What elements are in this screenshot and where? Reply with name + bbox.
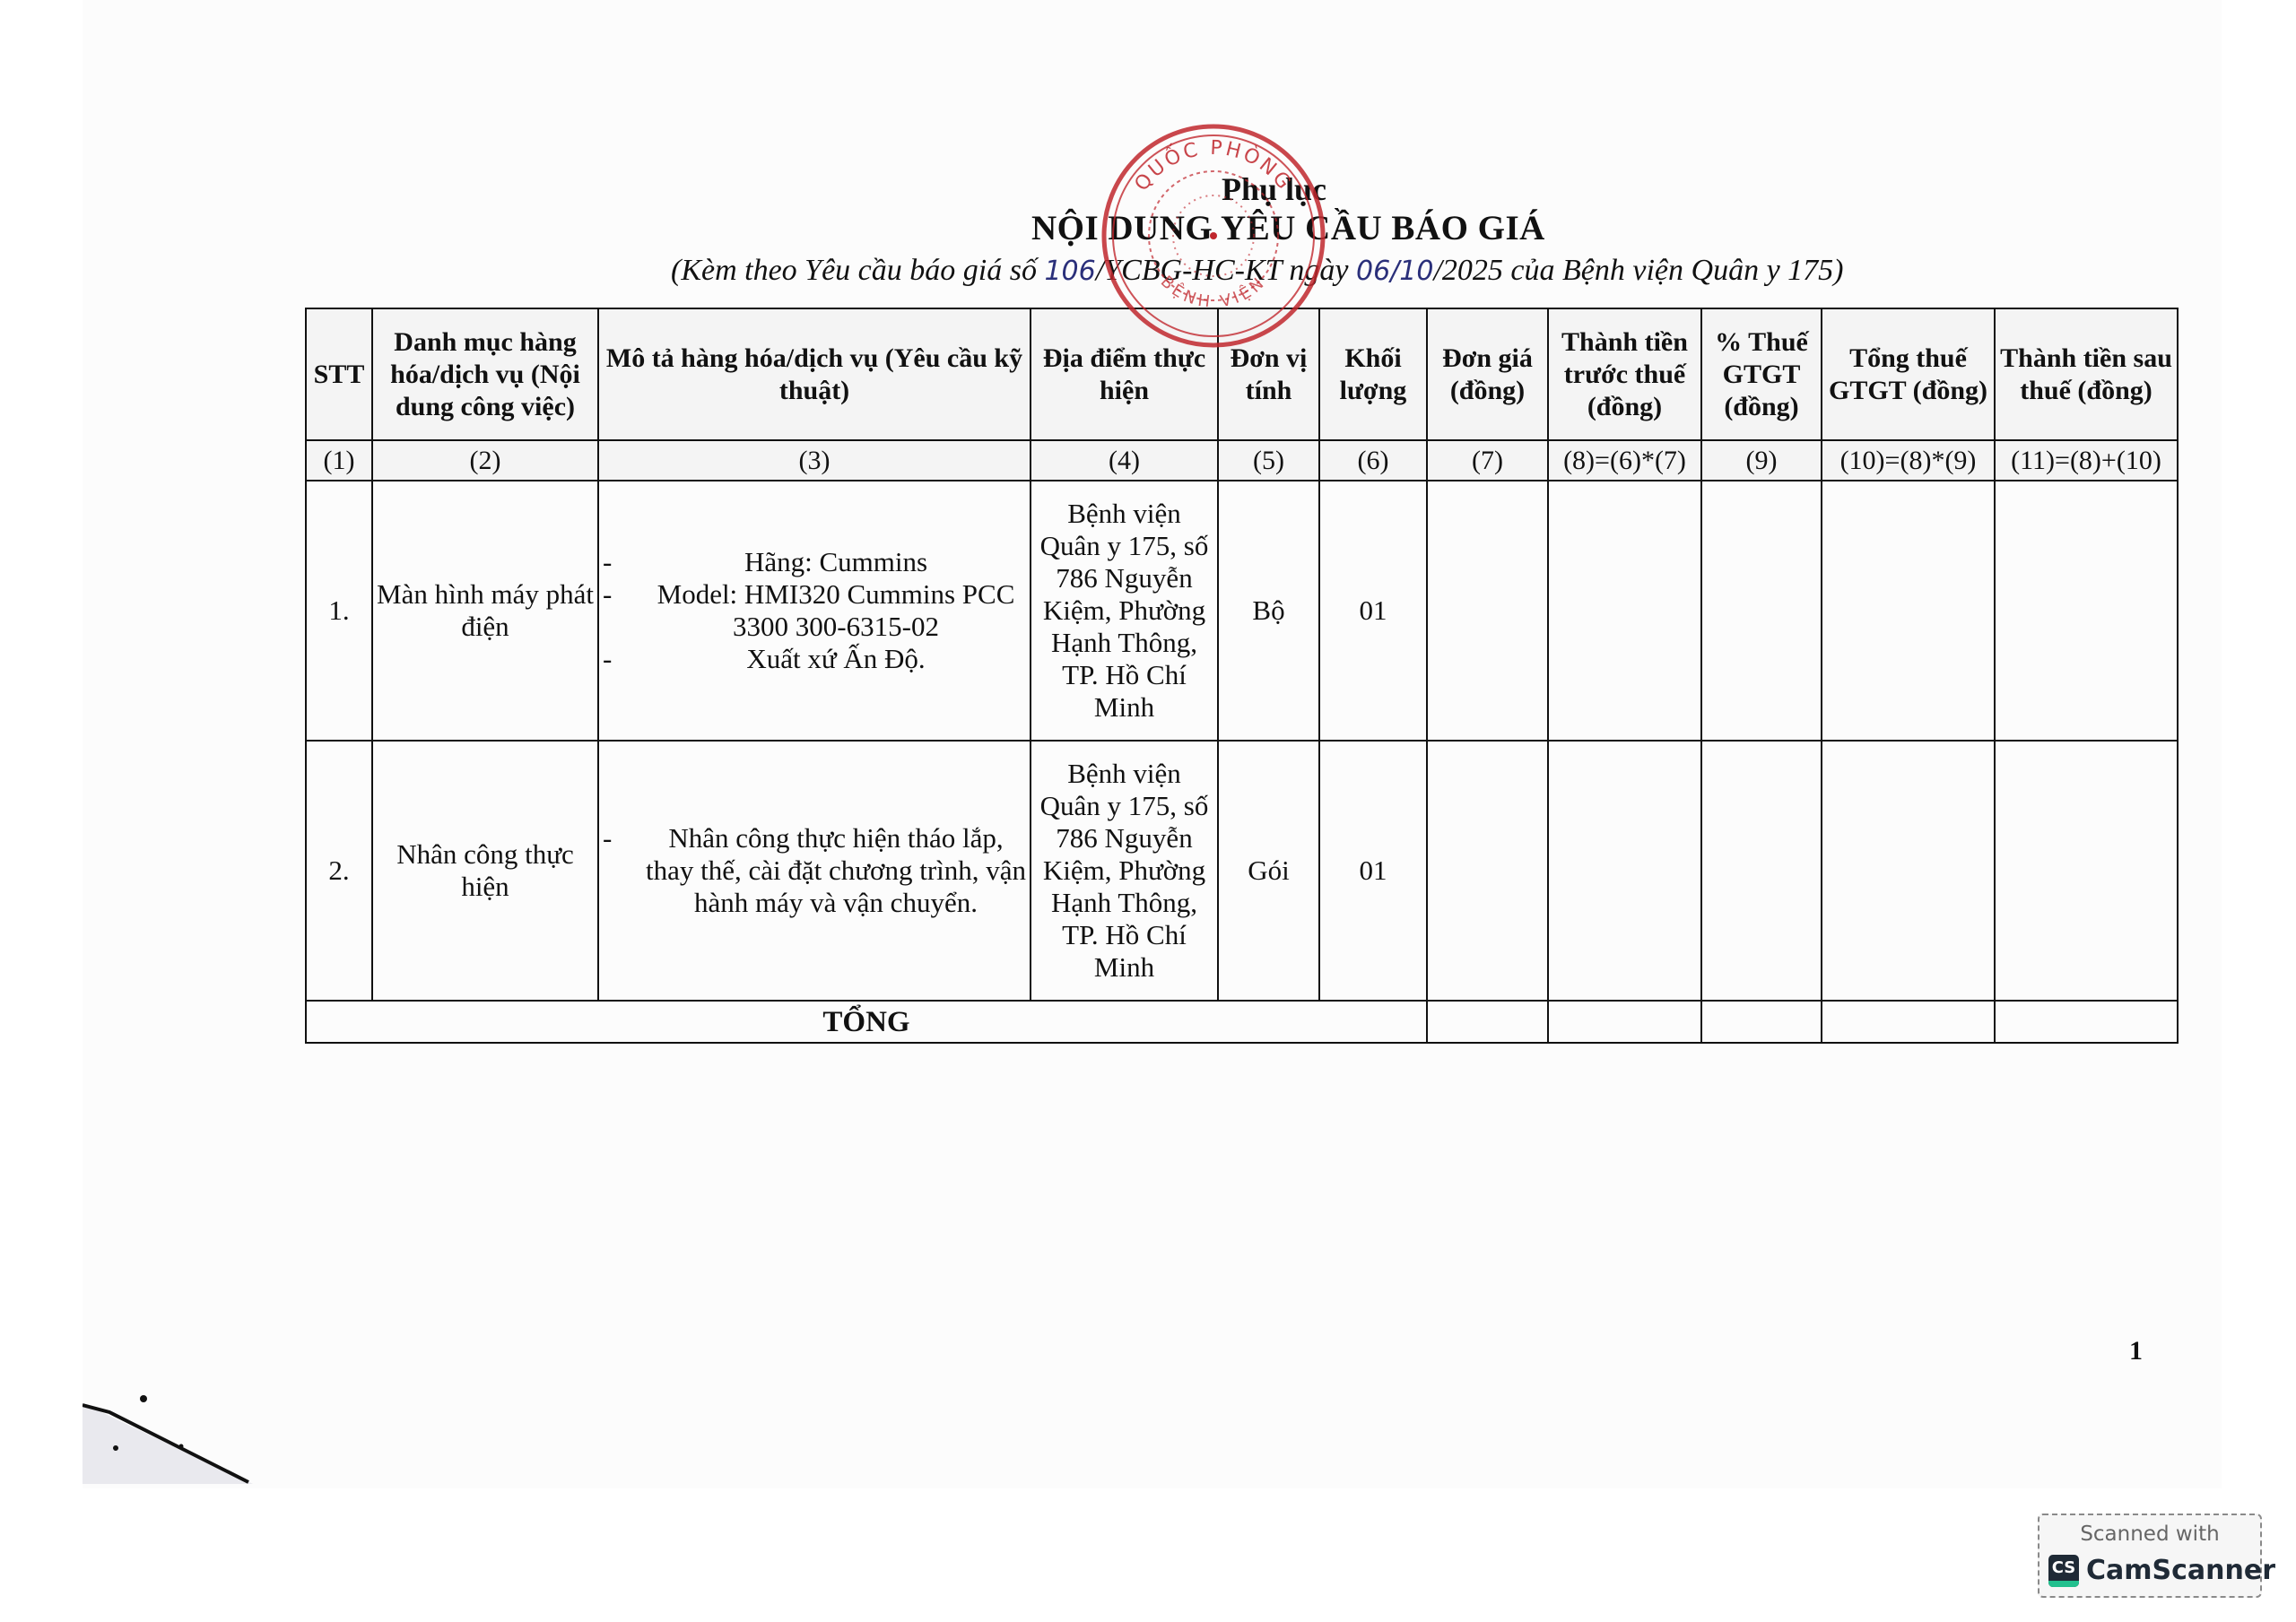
table-row: 1. Màn hình máy phát điện Hãng: Cummins …: [306, 481, 2178, 741]
total-label: TỔNG: [306, 1001, 1427, 1043]
col-number: (11)=(8)+(10): [1995, 440, 2178, 481]
col-header-quantity: Khối lượng: [1319, 308, 1427, 440]
request-number: 106: [1044, 256, 1095, 287]
quotation-table: STT Danh mục hàng hóa/dịch vụ (Nội dung …: [305, 308, 2179, 1044]
row-unit: Gói: [1218, 741, 1319, 1001]
row-item: Nhân công thực hiện: [372, 741, 598, 1001]
col-number: (9): [1701, 440, 1822, 481]
scan-edge-artifact: [83, 1376, 316, 1484]
col-header-unit: Đơn vị tính: [1218, 308, 1319, 440]
col-header-description: Mô tả hàng hóa/dịch vụ (Yêu cầu kỹ thuật…: [598, 308, 1031, 440]
document-subtitle: (Kèm theo Yêu cầu báo giá số 106/YCBG-HC…: [671, 254, 1843, 288]
row-vat-total: [1822, 481, 1995, 741]
row-description: Nhân công thực hiện tháo lắp, thay thế, …: [598, 741, 1031, 1001]
camscanner-watermark: Scanned with CS CamScanner: [2038, 1514, 2262, 1598]
col-number: (6): [1319, 440, 1427, 481]
total-unit-price: [1427, 1001, 1548, 1043]
col-number: (1): [306, 440, 372, 481]
table-row: 2. Nhân công thực hiện Nhân công thực hi…: [306, 741, 2178, 1001]
row-unit-price: [1427, 741, 1548, 1001]
row-unit-price: [1427, 481, 1548, 741]
col-header-unit-price: Đơn giá (đồng): [1427, 308, 1548, 440]
col-header-stt: STT: [306, 308, 372, 440]
header-row: STT Danh mục hàng hóa/dịch vụ (Nội dung …: [306, 308, 2178, 440]
row-pre-tax: [1548, 741, 1701, 1001]
description-line: Model: HMI320 Cummins PCC 3300 300-6315-…: [603, 578, 1026, 643]
row-quantity: 01: [1319, 481, 1427, 741]
row-unit: Bộ: [1218, 481, 1319, 741]
subtitle-prefix: (Kèm theo Yêu cầu báo giá số: [671, 254, 1044, 287]
page-number: 1: [2129, 1336, 2143, 1366]
col-number: (2): [372, 440, 598, 481]
row-description: Hãng: Cummins Model: HMI320 Cummins PCC …: [598, 481, 1031, 741]
col-header-vat-percent: % Thuế GTGT (đồng): [1701, 308, 1822, 440]
row-vat-percent: [1701, 741, 1822, 1001]
total-pre-tax: [1548, 1001, 1701, 1043]
subtitle-suffix: /2025 của Bệnh viện Quân y 175): [1433, 254, 1843, 287]
col-header-location: Địa điểm thực hiện: [1031, 308, 1218, 440]
row-location: Bệnh viện Quân y 175, số 786 Nguyễn Kiệm…: [1031, 481, 1218, 741]
col-number: (8)=(6)*(7): [1548, 440, 1701, 481]
col-number: (4): [1031, 440, 1218, 481]
row-vat-total: [1822, 741, 1995, 1001]
request-code: /YCBG-HC-KT ngày: [1096, 254, 1356, 287]
row-stt: 1.: [306, 481, 372, 741]
total-row: TỔNG: [306, 1001, 2178, 1043]
appendix-label: Phụ lục: [1222, 170, 1326, 208]
row-vat-percent: [1701, 481, 1822, 741]
col-header-item: Danh mục hàng hóa/dịch vụ (Nội dung công…: [372, 308, 598, 440]
scanner-caption: Scanned with: [2039, 1522, 2260, 1546]
col-number: (5): [1218, 440, 1319, 481]
row-location: Bệnh viện Quân y 175, số 786 Nguyễn Kiệm…: [1031, 741, 1218, 1001]
col-header-vat-total: Tổng thuế GTGT (đồng): [1822, 308, 1995, 440]
column-number-row: (1) (2) (3) (4) (5) (6) (7) (8)=(6)*(7) …: [306, 440, 2178, 481]
col-number: (3): [598, 440, 1031, 481]
description-line: Nhân công thực hiện tháo lắp, thay thế, …: [603, 822, 1026, 919]
row-quantity: 01: [1319, 741, 1427, 1001]
scanner-brand: CamScanner: [2086, 1555, 2275, 1586]
total-after-tax: [1995, 1001, 2178, 1043]
request-date: 06/10: [1356, 256, 1433, 287]
row-after-tax: [1995, 481, 2178, 741]
total-vat-total: [1822, 1001, 1995, 1043]
row-pre-tax: [1548, 481, 1701, 741]
row-item: Màn hình máy phát điện: [372, 481, 598, 741]
description-line: Hãng: Cummins: [603, 546, 1026, 578]
description-line: Xuất xứ Ấn Độ.: [603, 643, 1026, 675]
row-after-tax: [1995, 741, 2178, 1001]
total-vat-percent: [1701, 1001, 1822, 1043]
document-title: NỘI DUNG YÊU CẦU BÁO GIÁ: [1031, 208, 1545, 248]
camscanner-logo-icon: CS: [2048, 1555, 2079, 1587]
col-header-after-tax: Thành tiền sau thuế (đồng): [1995, 308, 2178, 440]
col-number: (7): [1427, 440, 1548, 481]
col-header-pre-tax: Thành tiền trước thuế (đồng): [1548, 308, 1701, 440]
col-number: (10)=(8)*(9): [1822, 440, 1995, 481]
row-stt: 2.: [306, 741, 372, 1001]
